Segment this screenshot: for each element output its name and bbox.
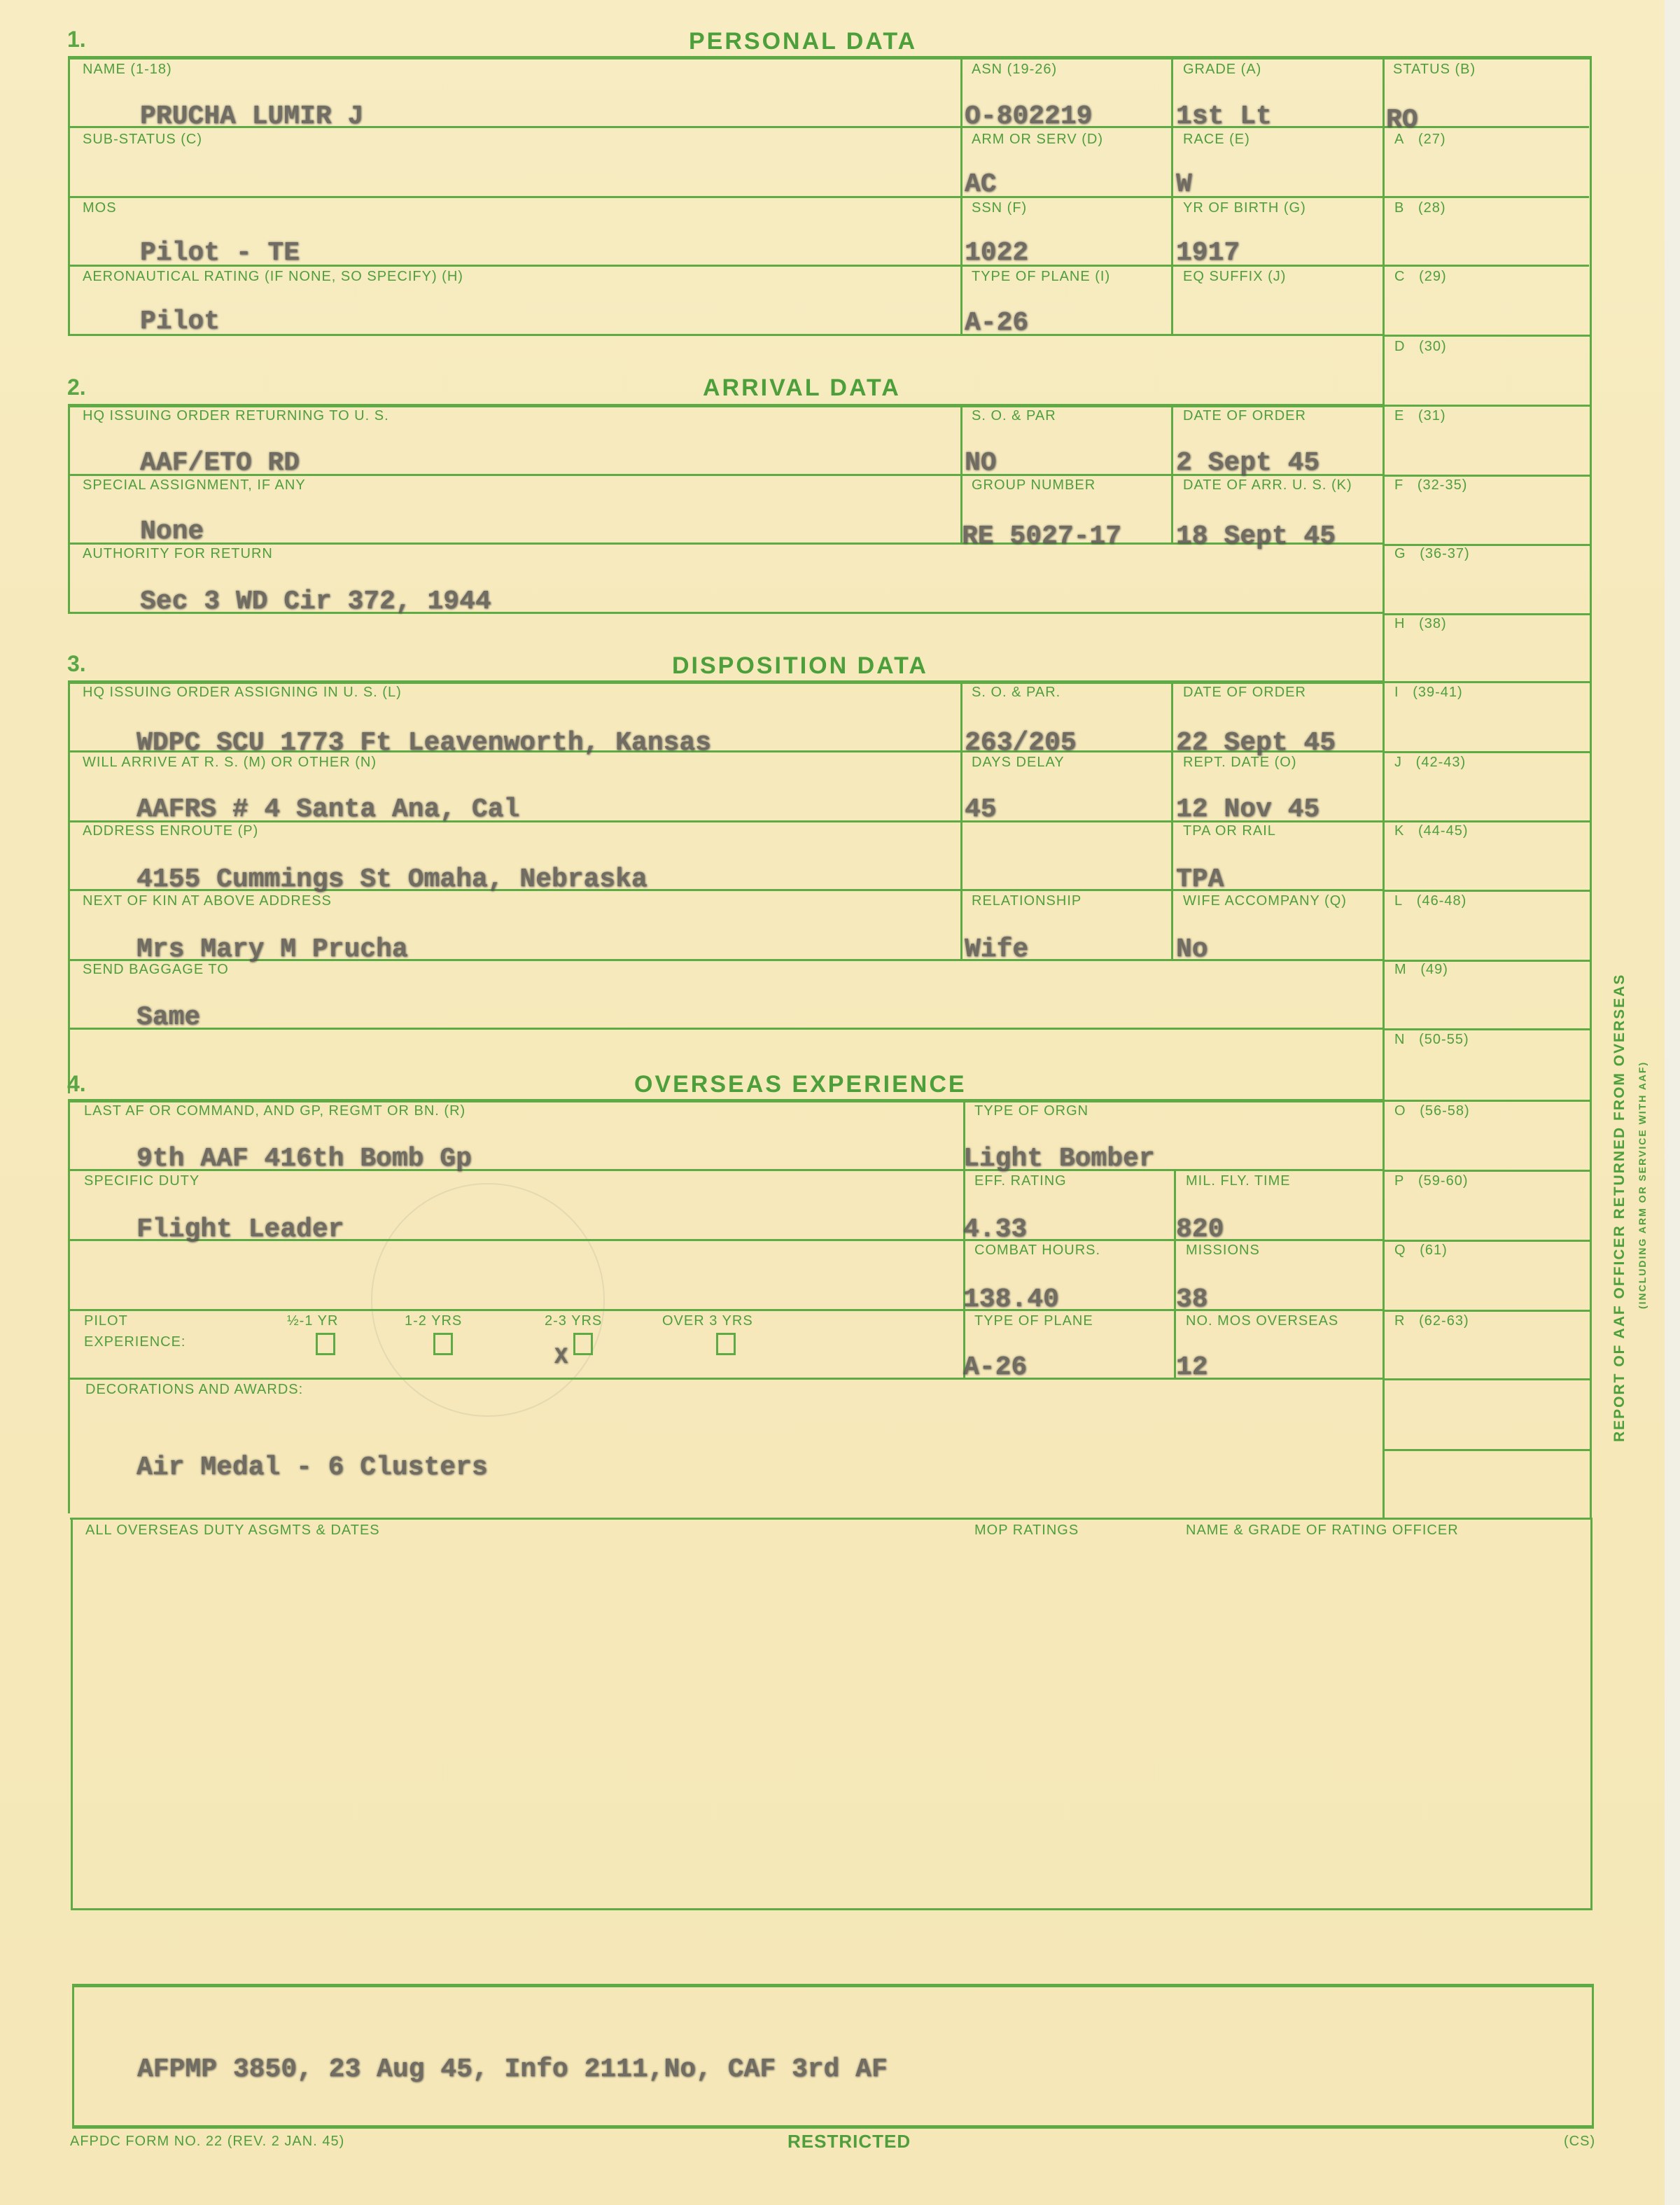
- field-authority[interactable]: Sec 3 WD Cir 372, 1944: [140, 587, 491, 617]
- label-so-par: S. O. & PAR: [972, 408, 1056, 424]
- field-aero-rating[interactable]: Pilot: [140, 307, 220, 337]
- section-number-personal: 1.: [67, 27, 86, 52]
- label-group-number: GROUP NUMBER: [972, 477, 1095, 493]
- section-number-disposition: 3.: [67, 651, 86, 677]
- label-exp-over-3: OVER 3 YRS: [662, 1313, 753, 1329]
- label-asn: ASN (19-26): [972, 62, 1057, 78]
- label-mil-fly-time: MIL. FLY. TIME: [1186, 1173, 1291, 1189]
- rule: [1385, 1028, 1590, 1030]
- label-authority: AUTHORITY FOR RETURN: [83, 546, 273, 562]
- rule: [71, 1518, 73, 1910]
- label-hq-assigning: HQ ISSUING ORDER ASSIGNING IN U. S. (L): [83, 685, 402, 701]
- field-mos[interactable]: Pilot - TE: [140, 238, 300, 268]
- label-last-af: LAST AF OR COMMAND, AND GP, REGMT OR BN.…: [84, 1103, 465, 1119]
- rule: [1385, 1449, 1590, 1451]
- field-grade[interactable]: 1st Lt: [1176, 101, 1272, 132]
- label-date-order-disp: DATE OF ORDER: [1183, 685, 1306, 701]
- label-mos: MOS: [83, 200, 117, 216]
- label-exp-half-1: ½-1 YR: [287, 1313, 338, 1329]
- field-type-plane-overseas[interactable]: A-26: [963, 1352, 1027, 1382]
- field-mil-fly-time[interactable]: 820: [1176, 1214, 1224, 1245]
- field-group-number[interactable]: RE 5027-17: [962, 521, 1121, 552]
- field-asn[interactable]: O-802219: [965, 101, 1092, 132]
- label-hq-returning: HQ ISSUING ORDER RETURNING TO U. S.: [83, 408, 389, 424]
- label-experience: EXPERIENCE:: [84, 1334, 185, 1350]
- field-eff-rating[interactable]: 4.33: [963, 1214, 1027, 1245]
- section-title-personal: PERSONAL DATA: [689, 28, 917, 55]
- field-date-order-arrival[interactable]: 2 Sept 45: [1176, 448, 1319, 478]
- rule: [960, 890, 962, 960]
- label-rept-date: REPT. DATE (O): [1183, 755, 1297, 771]
- rule: [1592, 1984, 1594, 2128]
- code-f: F (32-35): [1394, 477, 1467, 493]
- code-n: N (50-55): [1394, 1032, 1469, 1048]
- code-o: O (56-58): [1394, 1103, 1470, 1119]
- label-mos-overseas: NO. MOS OVERSEAS: [1186, 1313, 1338, 1329]
- label-status: STATUS (B): [1393, 62, 1476, 78]
- label-duty-asgmts: ALL OVERSEAS DUTY ASGMTS & DATES: [85, 1522, 380, 1539]
- faded-stamp: [371, 1183, 605, 1417]
- field-next-of-kin[interactable]: Mrs Mary M Prucha: [136, 934, 408, 965]
- rule: [1385, 475, 1590, 477]
- label-sub-status: SUB-STATUS (C): [83, 132, 202, 148]
- code-g: G (36-37): [1394, 546, 1470, 562]
- label-arm-serv: ARM OR SERV (D): [972, 132, 1103, 148]
- rule: [960, 680, 962, 890]
- field-decorations[interactable]: Air Medal - 6 Clusters: [136, 1452, 488, 1483]
- rule: [1590, 56, 1592, 1519]
- rule: [1385, 1100, 1590, 1102]
- label-rating-officer: NAME & GRADE OF RATING OFFICER: [1186, 1522, 1459, 1539]
- form-code: (CS): [1564, 2134, 1595, 2150]
- form-paper: [0, 0, 1666, 2205]
- field-relationship[interactable]: Wife: [965, 934, 1028, 965]
- rule: [962, 265, 1589, 267]
- vertical-form-title: REPORT OF AAF OFFICER RETURNED FROM OVER…: [1611, 974, 1628, 1442]
- label-so-par-disp: S. O. & PAR.: [972, 685, 1060, 701]
- field-last-af[interactable]: 9th AAF 416th Bomb Gp: [136, 1144, 472, 1174]
- label-race: RACE (E): [1183, 132, 1250, 148]
- field-type-orgn[interactable]: Light Bomber: [963, 1144, 1155, 1174]
- code-k: K (44-45): [1394, 823, 1469, 839]
- field-so-par-disp[interactable]: 263/205: [965, 728, 1077, 758]
- label-name: NAME (1-18): [83, 62, 172, 78]
- rule: [1382, 56, 1385, 1519]
- label-type-orgn: TYPE OF ORGN: [974, 1103, 1088, 1119]
- classification: RESTRICTED: [787, 2131, 911, 2152]
- label-mop-ratings: MOP RATINGS: [974, 1522, 1079, 1539]
- rule: [68, 404, 1382, 407]
- field-date-order-disp[interactable]: 22 Sept 45: [1176, 728, 1336, 758]
- field-wife-accompany[interactable]: No: [1176, 934, 1208, 965]
- section-title-overseas: OVERSEAS EXPERIENCE: [634, 1071, 967, 1098]
- rule: [68, 1099, 70, 1513]
- rule: [70, 1028, 1382, 1030]
- rule: [1385, 1240, 1590, 1242]
- label-ssn: SSN (F): [972, 200, 1027, 216]
- label-date-order-arrival: DATE OF ORDER: [1183, 408, 1306, 424]
- field-specific-duty[interactable]: Flight Leader: [136, 1214, 344, 1245]
- checkbox-exp-2-3[interactable]: [573, 1333, 593, 1355]
- checkbox-exp-half-1[interactable]: [316, 1333, 335, 1355]
- code-a: A (27): [1394, 132, 1446, 148]
- checkbox-exp-1-2[interactable]: [433, 1333, 453, 1355]
- rule: [71, 1908, 1592, 1910]
- code-q: Q (61): [1394, 1242, 1448, 1259]
- paper-edge: [1665, 0, 1680, 2205]
- code-c: C (29): [1394, 269, 1447, 285]
- label-days-delay: DAYS DELAY: [972, 755, 1065, 771]
- rule: [1590, 1518, 1592, 1910]
- field-type-plane[interactable]: A-26: [965, 308, 1028, 338]
- label-type-plane-overseas: TYPE OF PLANE: [974, 1313, 1093, 1329]
- rule: [70, 334, 1382, 336]
- code-d: D (30): [1394, 339, 1447, 355]
- rule: [1385, 1310, 1590, 1312]
- rule: [1385, 405, 1590, 407]
- code-m: M (49): [1394, 962, 1448, 978]
- vertical-form-subtitle: (INCLUDING ARM OR SERVICE WITH AAF): [1637, 1061, 1648, 1309]
- rule: [70, 196, 960, 198]
- section-number-overseas: 4.: [67, 1071, 86, 1097]
- rule: [68, 1099, 1382, 1102]
- label-exp-2-3: 2-3 YRS: [545, 1313, 602, 1329]
- field-so-par[interactable]: NO: [965, 448, 997, 478]
- field-days-delay[interactable]: 45: [965, 794, 997, 825]
- label-will-arrive: WILL ARRIVE AT R. S. (M) OR OTHER (N): [83, 755, 377, 771]
- label-tpa-rail: TPA OR RAIL: [1183, 823, 1276, 839]
- rule: [1385, 820, 1590, 822]
- rule: [1385, 1378, 1590, 1380]
- exp-mark-x: X: [554, 1344, 568, 1370]
- label-type-plane: TYPE OF PLANE (I): [972, 269, 1110, 285]
- code-l: L (46-48): [1394, 893, 1466, 909]
- rule: [68, 680, 1382, 684]
- code-e: E (31): [1394, 408, 1446, 424]
- field-send-baggage[interactable]: Same: [136, 1002, 200, 1032]
- label-relationship: RELATIONSHIP: [972, 893, 1081, 909]
- code-j: J (42-43): [1394, 755, 1466, 771]
- section-number-arrival: 2.: [67, 374, 86, 400]
- field-will-arrive[interactable]: AAFRS # 4 Santa Ana, Cal: [136, 794, 519, 825]
- field-tpa-rail[interactable]: TPA: [1176, 864, 1224, 895]
- checkbox-exp-over-3[interactable]: [716, 1333, 736, 1355]
- label-special-assignment: SPECIAL ASSIGNMENT, IF ANY: [83, 477, 306, 493]
- label-eq-suffix: EQ SUFFIX (J): [1183, 269, 1286, 285]
- field-race[interactable]: W: [1176, 169, 1192, 199]
- form-number: AFPDC FORM NO. 22 (REV. 2 JAN. 45): [70, 2134, 344, 2150]
- rule: [70, 1518, 1592, 1520]
- section-title-disposition: DISPOSITION DATA: [672, 652, 928, 680]
- section-title-arrival: ARRIVAL DATA: [703, 374, 901, 402]
- label-date-arr: DATE OF ARR. U. S. (K): [1183, 477, 1372, 493]
- label-grade: GRADE (A): [1183, 62, 1261, 78]
- label-send-baggage: SEND BAGGAGE TO: [83, 962, 229, 978]
- rule: [72, 1984, 1594, 1987]
- rule: [68, 56, 1591, 59]
- label-specific-duty: SPECIFIC DUTY: [84, 1173, 199, 1189]
- label-wife-accompany: WIFE ACCOMPANY (Q): [1183, 893, 1347, 909]
- rule: [72, 2125, 1594, 2129]
- label-combat-hours: COMBAT HOURS.: [974, 1242, 1100, 1259]
- field-date-arr[interactable]: 18 Sept 45: [1176, 521, 1336, 552]
- code-h: H (38): [1394, 616, 1447, 632]
- label-missions: MISSIONS: [1186, 1242, 1260, 1259]
- field-special-assignment[interactable]: None: [140, 517, 204, 547]
- rule: [1385, 1170, 1590, 1172]
- label-address-enroute: ADDRESS ENROUTE (P): [83, 823, 258, 839]
- field-ssn[interactable]: 1022: [965, 238, 1028, 268]
- rule: [1385, 681, 1590, 683]
- field-mos-overseas[interactable]: 12: [1176, 1352, 1208, 1382]
- label-eff-rating: EFF. RATING: [974, 1173, 1067, 1189]
- remarks-value[interactable]: AFPMP 3850, 23 Aug 45, Info 2111,No, CAF…: [137, 2054, 888, 2085]
- field-arm-serv[interactable]: AC: [965, 169, 997, 199]
- field-rept-date[interactable]: 12 Nov 45: [1176, 794, 1319, 825]
- label-pilot: PILOT: [84, 1313, 128, 1329]
- rule: [962, 196, 1589, 198]
- rule: [1385, 890, 1590, 892]
- code-i: I (39-41): [1394, 685, 1463, 701]
- label-exp-1-2: 1-2 YRS: [405, 1313, 462, 1329]
- rule: [1385, 613, 1590, 615]
- label-decorations: DECORATIONS AND AWARDS:: [85, 1382, 303, 1398]
- label-yr-birth: YR OF BIRTH (G): [1183, 200, 1306, 216]
- rule: [68, 404, 70, 614]
- rule: [1385, 751, 1591, 753]
- field-address-enroute[interactable]: 4155 Cummings St Omaha, Nebraska: [136, 864, 647, 895]
- rule: [1385, 335, 1590, 337]
- field-status[interactable]: RO: [1386, 105, 1418, 135]
- field-combat-hours[interactable]: 138.40: [963, 1284, 1059, 1315]
- rule: [72, 1984, 74, 2128]
- field-hq-assigning[interactable]: WDPC SCU 1773 Ft Leavenworth, Kansas: [136, 728, 711, 758]
- label-next-of-kin: NEXT OF KIN AT ABOVE ADDRESS: [83, 893, 332, 909]
- code-r: R (62-63): [1394, 1313, 1469, 1329]
- code-p: P (59-60): [1394, 1173, 1469, 1189]
- field-name[interactable]: PRUCHA LUMIR J: [140, 101, 363, 132]
- rule: [1174, 1169, 1176, 1379]
- code-b: B (28): [1394, 200, 1446, 216]
- rule: [68, 680, 70, 1093]
- field-missions[interactable]: 38: [1176, 1284, 1208, 1315]
- field-hq-returning[interactable]: AAF/ETO RD: [140, 448, 300, 478]
- label-aero-rating: AERONAUTICAL RATING (IF NONE, SO SPECIFY…: [83, 269, 463, 285]
- field-yr-birth[interactable]: 1917: [1176, 238, 1240, 268]
